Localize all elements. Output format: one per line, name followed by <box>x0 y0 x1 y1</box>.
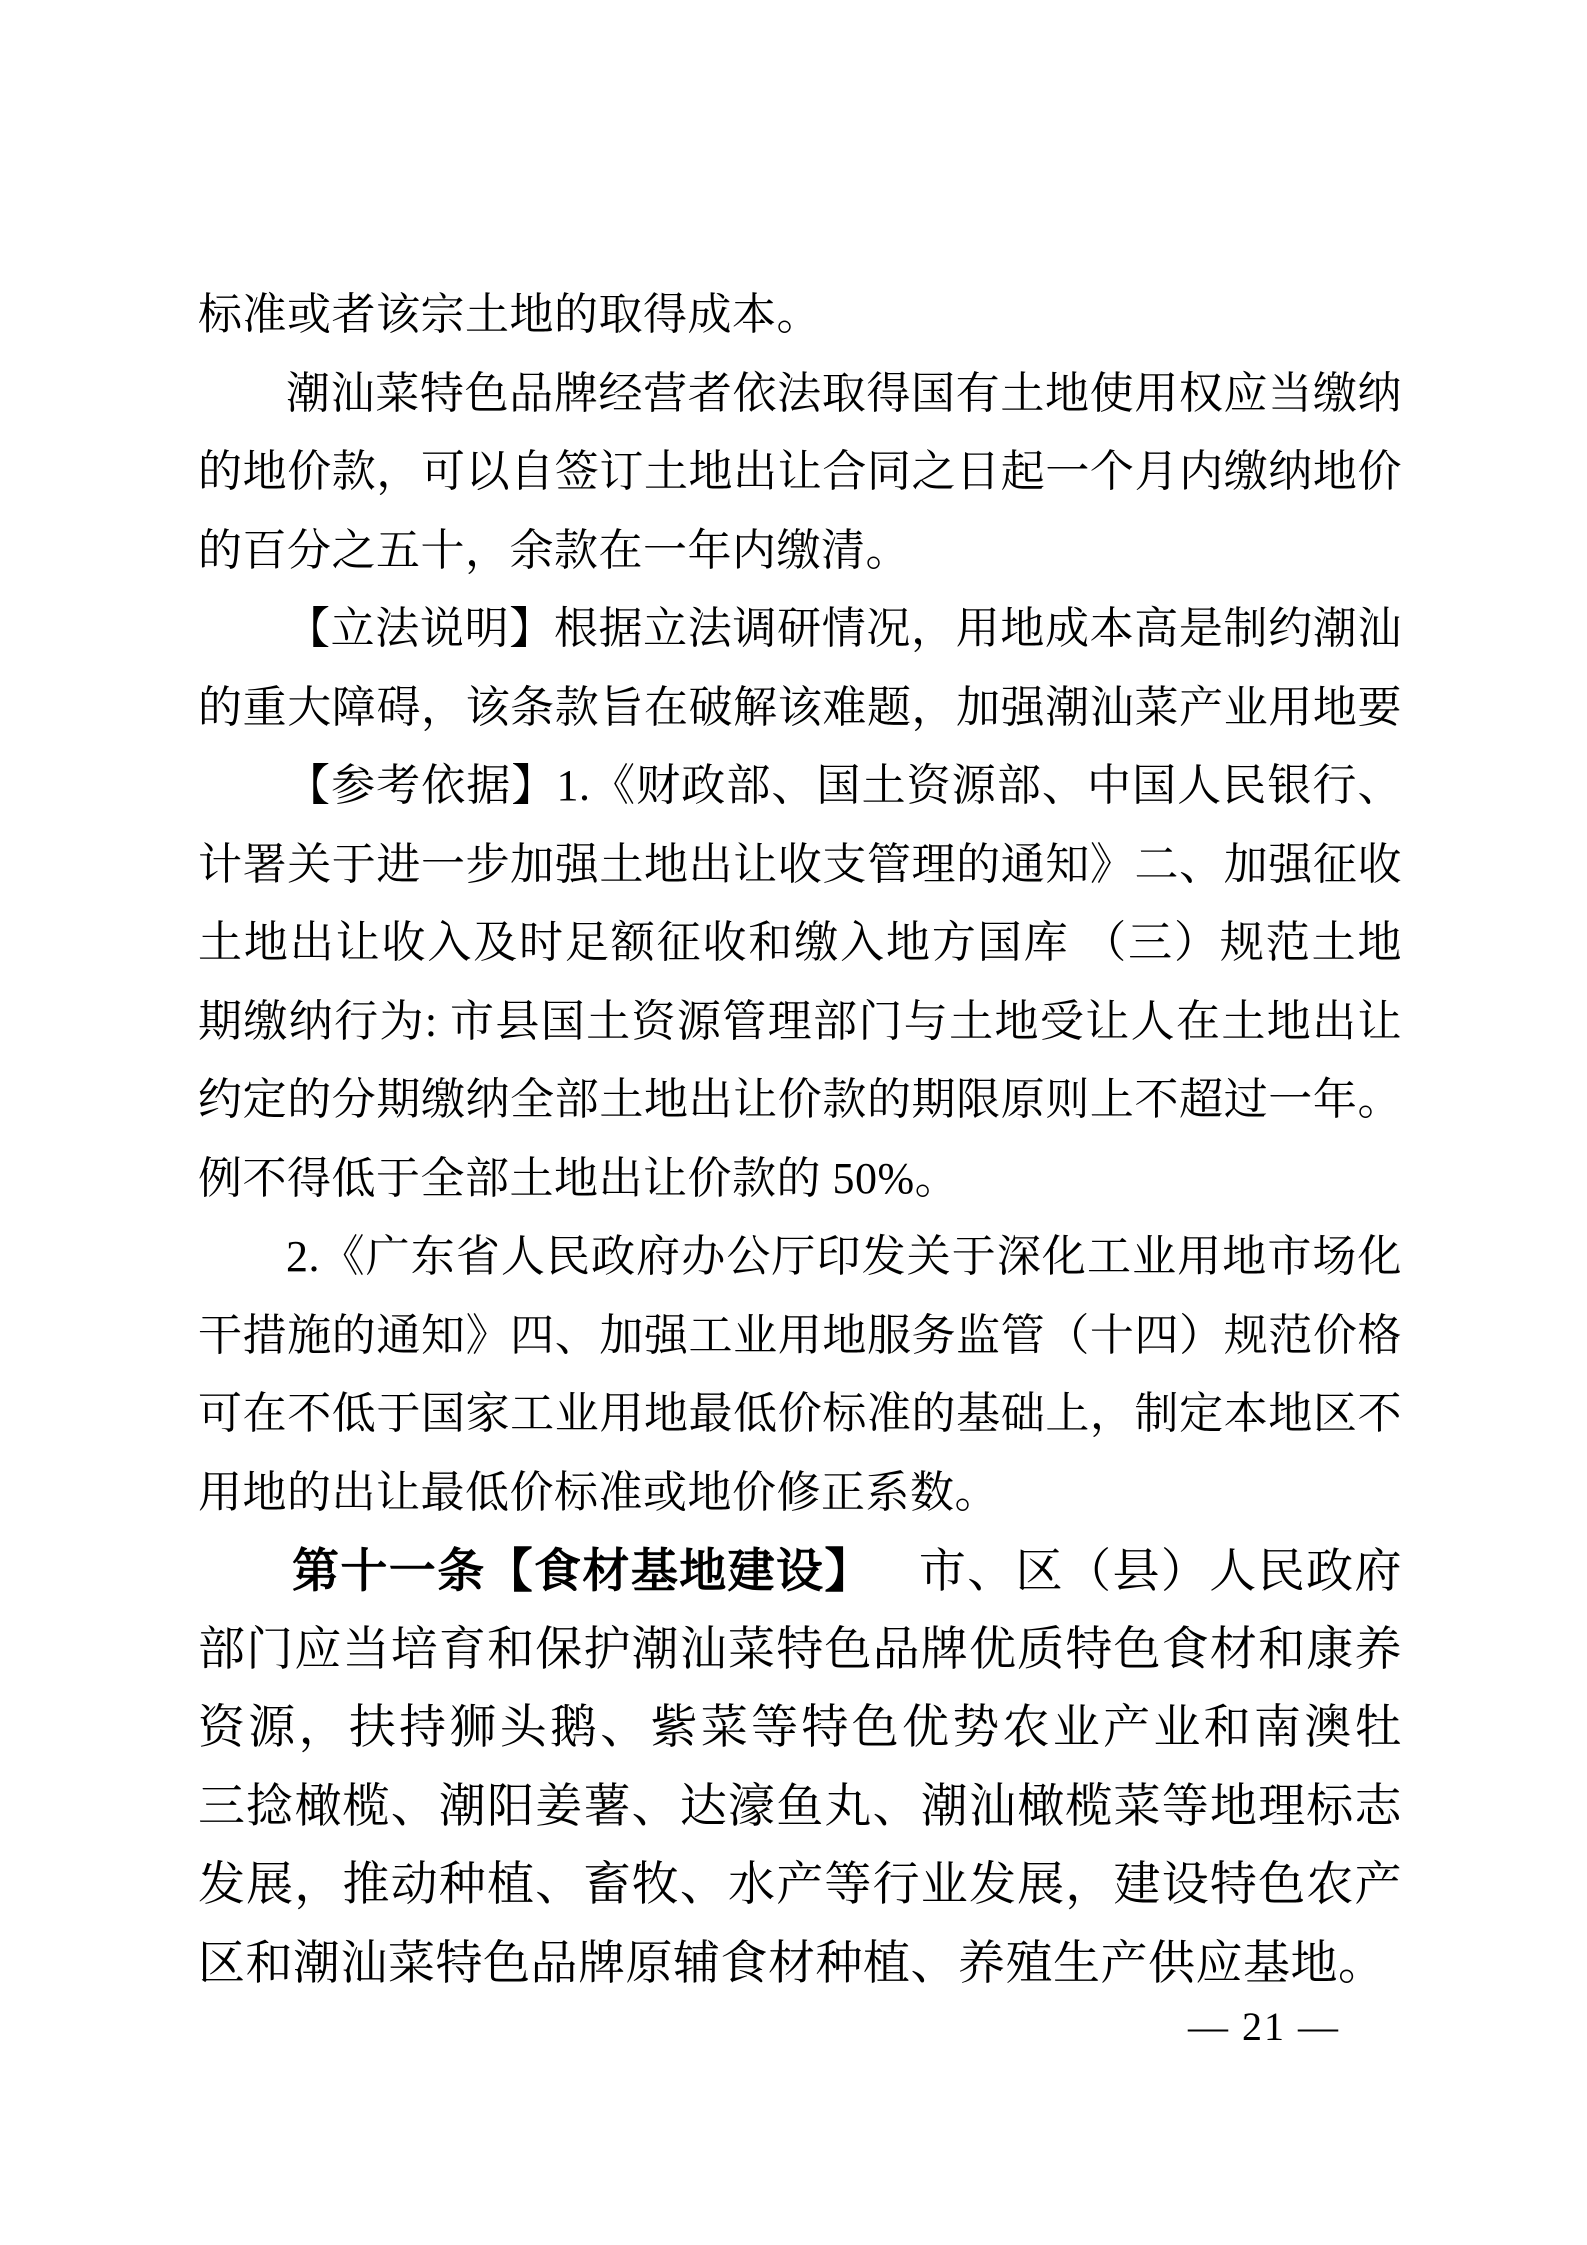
article-heading: 第十一条【食材基地建设】 <box>292 1544 873 1597</box>
text-line: 约定的分期缴纳全部土地出让价款的期限原则上不超过一年。首次缴纳比 <box>198 1061 1402 1140</box>
text-line: 土地出让收入及时足额征收和缴入地方国库 （三）规范土地出让收入分 <box>198 904 1402 983</box>
text-line: 的地价款，可以自签订土地出让合同之日起一个月内缴纳地价款 <box>198 433 1402 512</box>
text-line: 部门应当培育和保护潮汕菜特色品牌优质特色食材和康养饮食 <box>198 1611 1402 1690</box>
text-line: 三捻橄榄、潮阳姜薯、达濠鱼丸、潮汕橄榄菜等地理标志产品的 <box>198 1768 1402 1847</box>
text-line: 计署关于进一步加强土地出让收支管理的通知》二、加强征收管理，保障 <box>198 826 1402 905</box>
text-line: 标准或者该宗土地的取得成本。 <box>198 276 1402 355</box>
text-line: 的重大障碍，该条款旨在破解该难题，加强潮汕菜产业用地要素保障。 <box>198 669 1402 748</box>
text-line: 区和潮汕菜特色品牌原辅食材种植、养殖生产供应基地。 <box>198 1925 1402 2004</box>
text-line: 【立法说明】根据立法调研情况，用地成本高是制约潮汕菜行业发展 <box>198 590 1402 669</box>
text-line: 干措施的通知》四、加强工业用地服务监管（十四）规范价格管理: 各地 <box>198 1297 1402 1376</box>
text-line: 发展，推动种植、畜牧、水产等行业发展，建设特色农产品优势 <box>198 1846 1402 1925</box>
text-line: 例不得低于全部土地出让价款的 50%。 <box>198 1140 1402 1219</box>
text-line: 潮汕菜特色品牌经营者依法取得国有土地使用权应当缴纳 <box>198 355 1402 434</box>
text-line: 2.《广东省人民政府办公厅印发关于深化工业用地市场化配置改革若 <box>198 1218 1402 1297</box>
article-first-line: 第十一条【食材基地建设】市、区（县）人民政府及有关 <box>198 1532 1402 1611</box>
text-line: 的百分之五十，余款在一年内缴清。 <box>198 512 1402 591</box>
text-line: 可在不低于国家工业用地最低价标准的基础上，制定本地区不同类别工业 <box>198 1375 1402 1454</box>
page-number: — 21 — <box>1188 2002 1340 2052</box>
text-line: 资源，扶持狮头鹅、紫菜等特色优势农业产业和南澳牡蛎、金玉 <box>198 1689 1402 1768</box>
document-page: 标准或者该宗土地的取得成本。 潮汕菜特色品牌经营者依法取得国有土地使用权应当缴纳… <box>0 0 1587 2245</box>
text-line: 期缴纳行为: 市县国土资源管理部门与土地受让人在土地出让合同中依法 <box>198 983 1402 1062</box>
document-body: 标准或者该宗土地的取得成本。 潮汕菜特色品牌经营者依法取得国有土地使用权应当缴纳… <box>198 276 1402 2003</box>
text-line: 用地的出让最低价标准或地价修正系数。 <box>198 1454 1402 1533</box>
text-line: 【参考依据】1.《财政部、国土资源部、中国人民银行、监察部、审 <box>198 747 1402 826</box>
